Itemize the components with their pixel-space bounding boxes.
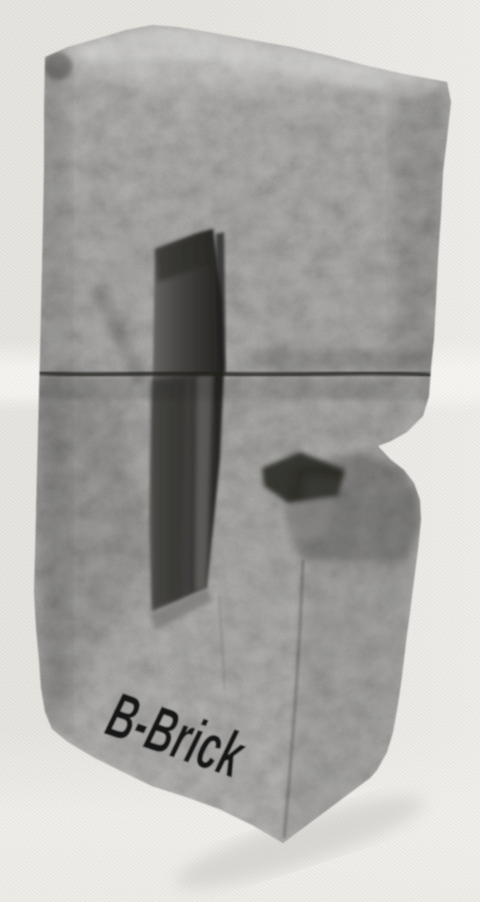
photo-canvas: B-Brick [0,0,480,902]
brick-joint-under-shade [36,377,434,400]
brick-joint-over-shade [250,350,433,371]
brick-joint-line [36,372,434,376]
b-brick-photo: B-Brick [0,0,480,902]
brick-slot-lower-dark [151,378,185,610]
